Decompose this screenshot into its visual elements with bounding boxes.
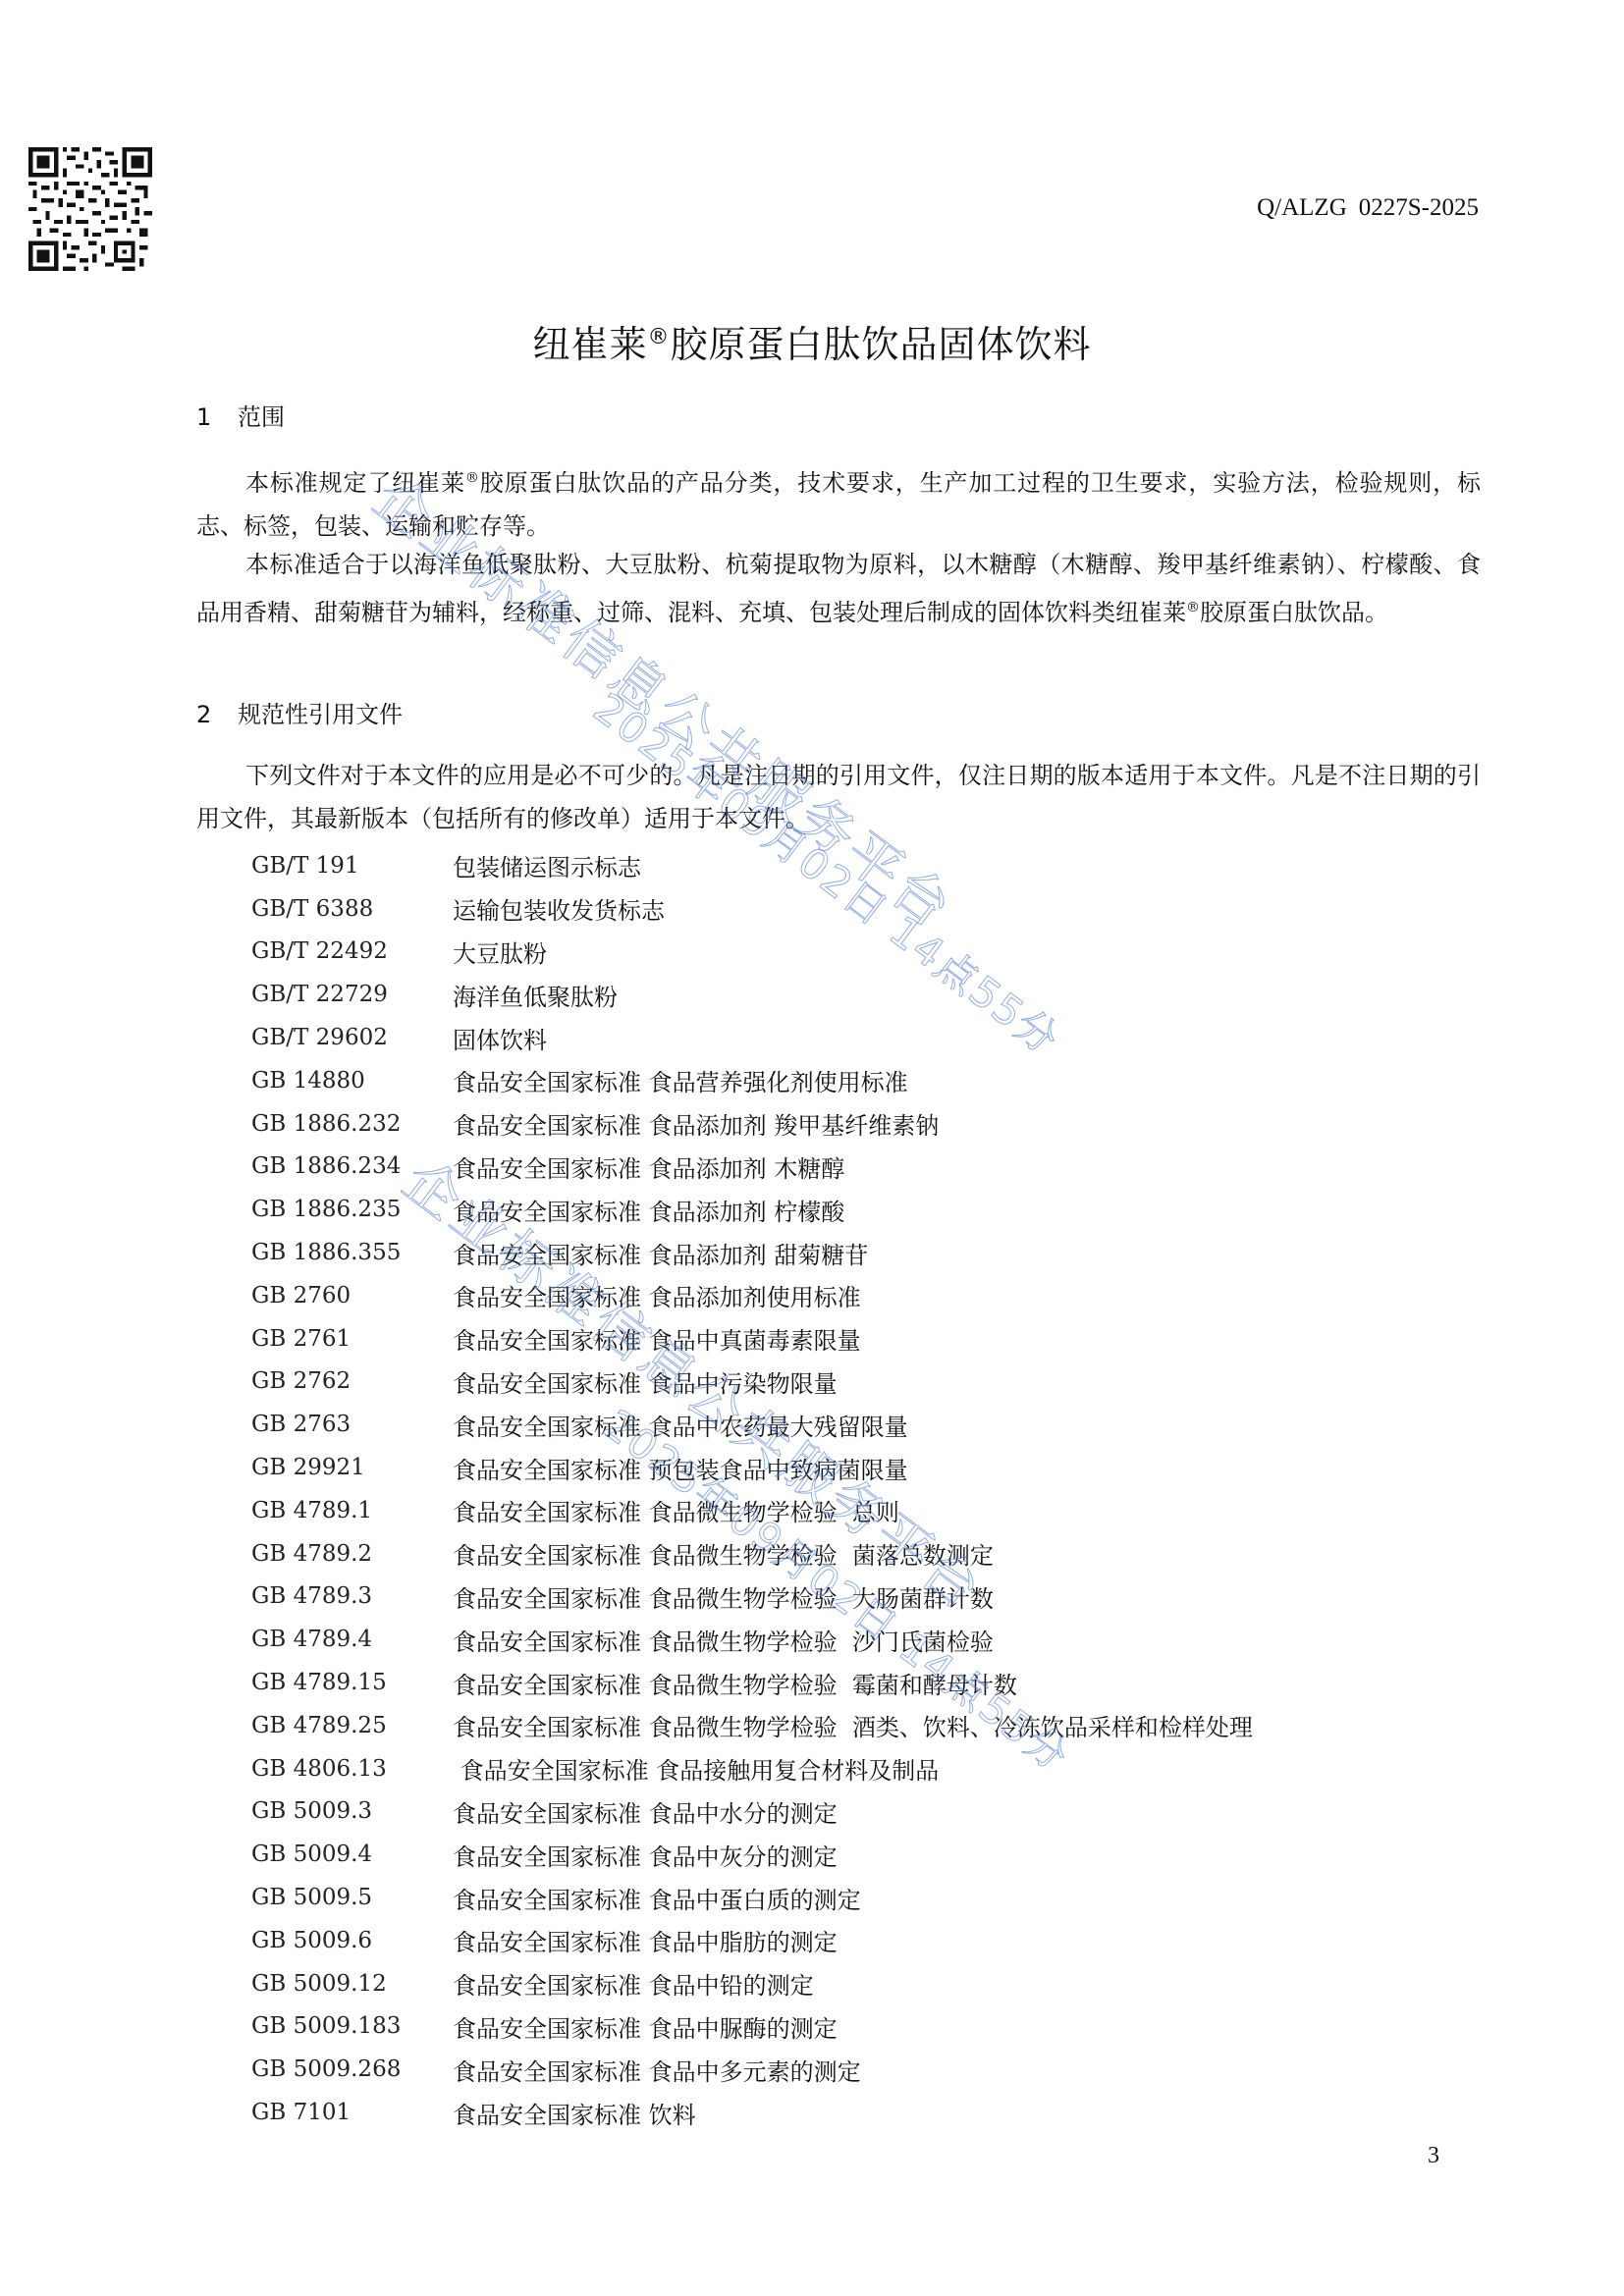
reference-code: GB 5009.183	[251, 2013, 453, 2039]
reference-item: GB 4789.1食品安全国家标准 食品微生物学检验 总则	[251, 1489, 1253, 1532]
registered-mark: ®	[465, 470, 479, 486]
reference-title: 食品安全国家标准 食品添加剂使用标准	[453, 1278, 861, 1312]
reference-title: 食品安全国家标准 饮料	[453, 2096, 696, 2130]
reference-code: GB/T 22729	[251, 982, 453, 1007]
reference-code: GB 14880	[251, 1068, 453, 1094]
reference-title: 固体饮料	[453, 1021, 547, 1055]
reference-title: 食品安全国家标准 预包装食品中致病菌限量	[453, 1451, 908, 1485]
reference-code: GB 7101	[251, 2100, 453, 2125]
reference-code: GB 1886.232	[251, 1111, 453, 1137]
reference-code: GB 4789.3	[251, 1583, 453, 1609]
reference-code: GB/T 22492	[251, 938, 453, 964]
reference-item: GB 2761食品安全国家标准 食品中真菌毒素限量	[251, 1317, 1253, 1361]
document-title: 纽崔莱®胶原蛋白肽饮品固体饮料	[0, 314, 1624, 368]
registered-mark: ®	[1186, 600, 1200, 615]
reference-title: 食品安全国家标准 食品微生物学检验 酒类、饮料、冷冻饮品采样和检样处理	[453, 1708, 1253, 1742]
reference-code: GB 4789.25	[251, 1713, 453, 1738]
reference-item: GB/T 191包装储运图示标志	[251, 844, 1253, 887]
registered-mark: ®	[648, 325, 671, 349]
reference-item: GB 4806.13 食品安全国家标准 食品接触用复合材料及制品	[251, 1747, 1253, 1790]
reference-item: GB 4789.2食品安全国家标准 食品微生物学检验 菌落总数测定	[251, 1532, 1253, 1575]
title-product: 胶原蛋白肽饮品固体饮料	[671, 323, 1092, 366]
reference-title: 运输包装收发货标志	[453, 891, 665, 926]
reference-code: GB 4806.13	[251, 1756, 453, 1782]
reference-code: GB 2763	[251, 1412, 453, 1437]
reference-title: 食品安全国家标准 食品中多元素的测定	[453, 2053, 861, 2087]
standard-code-prefix: Q/ALZG	[1257, 194, 1347, 221]
reference-title: 食品安全国家标准 食品中蛋白质的测定	[453, 1881, 861, 1915]
section-number: 2	[196, 701, 238, 728]
page-number: 3	[1428, 2143, 1439, 2169]
standard-code: Q/ALZG0227S-2025	[1257, 194, 1479, 222]
section-title: 规范性引用文件	[238, 701, 403, 728]
reference-item: GB 5009.183食品安全国家标准 食品中脲酶的测定	[251, 2005, 1253, 2049]
reference-code: GB/T 6388	[251, 896, 453, 922]
reference-title: 食品安全国家标准 食品微生物学检验 沙门氏菌检验	[453, 1623, 994, 1657]
reference-item: GB 5009.4食品安全国家标准 食品中灰分的测定	[251, 1833, 1253, 1876]
reference-code: GB 1886.234	[251, 1153, 453, 1179]
reference-item: GB 1886.355食品安全国家标准 食品添加剂 甜菊糖苷	[251, 1231, 1253, 1274]
reference-title: 大豆肽粉	[453, 934, 547, 969]
reference-code: GB 5009.5	[251, 1885, 453, 1910]
reference-title: 食品安全国家标准 食品微生物学检验 大肠菌群计数	[453, 1579, 994, 1614]
reference-title: 包装储运图示标志	[453, 848, 641, 882]
reference-code: GB 29921	[251, 1455, 453, 1480]
scope-paragraph-2: 本标准适合于以海洋鱼低聚肽粉、大豆肽粉、杭菊提取物为原料，以木糖醇（木糖醇、羧甲…	[196, 543, 1481, 634]
reference-title: 食品安全国家标准 食品中农药最大残留限量	[453, 1408, 908, 1442]
reference-item: GB/T 22492大豆肽粉	[251, 931, 1253, 974]
reference-item: GB 7101食品安全国家标准 饮料	[251, 2091, 1253, 2134]
reference-title: 海洋鱼低聚肽粉	[453, 978, 618, 1012]
reference-list: GB/T 191包装储运图示标志 GB/T 6388运输包装收发货标志 GB/T…	[251, 844, 1253, 2134]
scope-paragraph-1: 本标准规定了纽崔莱®胶原蛋白肽饮品的产品分类，技术要求，生产加工过程的卫生要求，…	[196, 456, 1481, 548]
reference-title: 食品安全国家标准 食品中污染物限量	[453, 1364, 838, 1399]
reference-title: 食品安全国家标准 食品中灰分的测定	[453, 1838, 838, 1872]
reference-code: GB 5009.4	[251, 1842, 453, 1867]
reference-code: GB 2762	[251, 1368, 453, 1394]
qr-code-icon	[27, 147, 153, 271]
reference-code: GB 5009.3	[251, 1798, 453, 1824]
reference-item: GB/T 29602固体饮料	[251, 1016, 1253, 1059]
reference-code: GB 5009.6	[251, 1928, 453, 1953]
reference-code: GB/T 29602	[251, 1025, 453, 1050]
reference-code: GB 4789.1	[251, 1498, 453, 1523]
reference-title: 食品安全国家标准 食品微生物学检验 菌落总数测定	[453, 1536, 994, 1571]
reference-title: 食品安全国家标准 食品接触用复合材料及制品	[453, 1751, 939, 1786]
reference-code: GB 1886.355	[251, 1240, 453, 1265]
reference-title: 食品安全国家标准 食品微生物学检验 霉菌和酵母计数	[453, 1666, 1017, 1700]
reference-code: GB 4789.2	[251, 1541, 453, 1567]
reference-item: GB 2762食品安全国家标准 食品中污染物限量	[251, 1361, 1253, 1404]
reference-item: GB 5009.3食品安全国家标准 食品中水分的测定	[251, 1790, 1253, 1834]
reference-title: 食品安全国家标准 食品中铅的测定	[453, 1966, 814, 2001]
reference-item: GB 14880食品安全国家标准 食品营养强化剂使用标准	[251, 1059, 1253, 1102]
reference-item: GB/T 6388运输包装收发货标志	[251, 887, 1253, 931]
reference-title: 食品安全国家标准 食品中脲酶的测定	[453, 2009, 838, 2044]
references-intro: 下列文件对于本文件的应用是必不可少的。凡是注日期的引用文件，仅注日期的版本适用于…	[196, 754, 1481, 840]
reference-item: GB 4789.15食品安全国家标准 食品微生物学检验 霉菌和酵母计数	[251, 1661, 1253, 1704]
reference-item: GB 5009.6食品安全国家标准 食品中脂肪的测定	[251, 1919, 1253, 1962]
reference-title: 食品安全国家标准 食品添加剂 甜菊糖苷	[453, 1236, 868, 1270]
reference-title: 食品安全国家标准 食品添加剂 柠檬酸	[453, 1193, 844, 1227]
reference-item: GB 4789.4食品安全国家标准 食品微生物学检验 沙门氏菌检验	[251, 1618, 1253, 1661]
section-title: 范围	[238, 403, 285, 431]
reference-code: GB 5009.268	[251, 2056, 453, 2082]
reference-item: GB 1886.234食品安全国家标准 食品添加剂 木糖醇	[251, 1146, 1253, 1189]
title-brand: 纽崔莱	[532, 323, 647, 366]
reference-code: GB 2760	[251, 1283, 453, 1308]
reference-code: GB 4789.4	[251, 1627, 453, 1652]
reference-item: GB 5009.5食品安全国家标准 食品中蛋白质的测定	[251, 1876, 1253, 1919]
paragraph-text: 本标准规定了纽崔莱	[245, 469, 465, 497]
reference-item: GB 4789.3食品安全国家标准 食品微生物学检验 大肠菌群计数	[251, 1575, 1253, 1619]
reference-title: 食品安全国家标准 食品营养强化剂使用标准	[453, 1063, 908, 1097]
section-heading-scope: 1范围	[196, 398, 285, 432]
reference-code: GB 2761	[251, 1326, 453, 1352]
reference-code: GB 1886.235	[251, 1197, 453, 1222]
section-heading-normative-references: 2规范性引用文件	[196, 695, 403, 729]
reference-item: GB 5009.268食品安全国家标准 食品中多元素的测定	[251, 2048, 1253, 2091]
standard-code-number: 0227S-2025	[1359, 194, 1479, 221]
reference-item: GB 2763食品安全国家标准 食品中农药最大残留限量	[251, 1403, 1253, 1446]
reference-item: GB 29921食品安全国家标准 预包装食品中致病菌限量	[251, 1446, 1253, 1489]
reference-item: GB/T 22729海洋鱼低聚肽粉	[251, 973, 1253, 1016]
reference-title: 食品安全国家标准 食品中脂肪的测定	[453, 1923, 838, 1957]
reference-code: GB 5009.12	[251, 1971, 453, 1997]
reference-title: 食品安全国家标准 食品微生物学检验 总则	[453, 1493, 899, 1527]
reference-item: GB 4789.25食品安全国家标准 食品微生物学检验 酒类、饮料、冷冻饮品采样…	[251, 1704, 1253, 1747]
reference-title: 食品安全国家标准 食品中真菌毒素限量	[453, 1321, 861, 1356]
reference-title: 食品安全国家标准 食品添加剂 羧甲基纤维素钠	[453, 1106, 939, 1141]
section-number: 1	[196, 403, 238, 431]
reference-title: 食品安全国家标准 食品中水分的测定	[453, 1794, 838, 1829]
reference-item: GB 5009.12食品安全国家标准 食品中铅的测定	[251, 1962, 1253, 2005]
reference-title: 食品安全国家标准 食品添加剂 木糖醇	[453, 1149, 844, 1184]
reference-item: GB 1886.235食品安全国家标准 食品添加剂 柠檬酸	[251, 1188, 1253, 1231]
reference-item: GB 1886.232食品安全国家标准 食品添加剂 羧甲基纤维素钠	[251, 1102, 1253, 1146]
paragraph-text: 胶原蛋白肽饮品。	[1200, 599, 1388, 626]
reference-code: GB 4789.15	[251, 1670, 453, 1695]
reference-item: GB 2760食品安全国家标准 食品添加剂使用标准	[251, 1274, 1253, 1317]
reference-code: GB/T 191	[251, 853, 453, 879]
